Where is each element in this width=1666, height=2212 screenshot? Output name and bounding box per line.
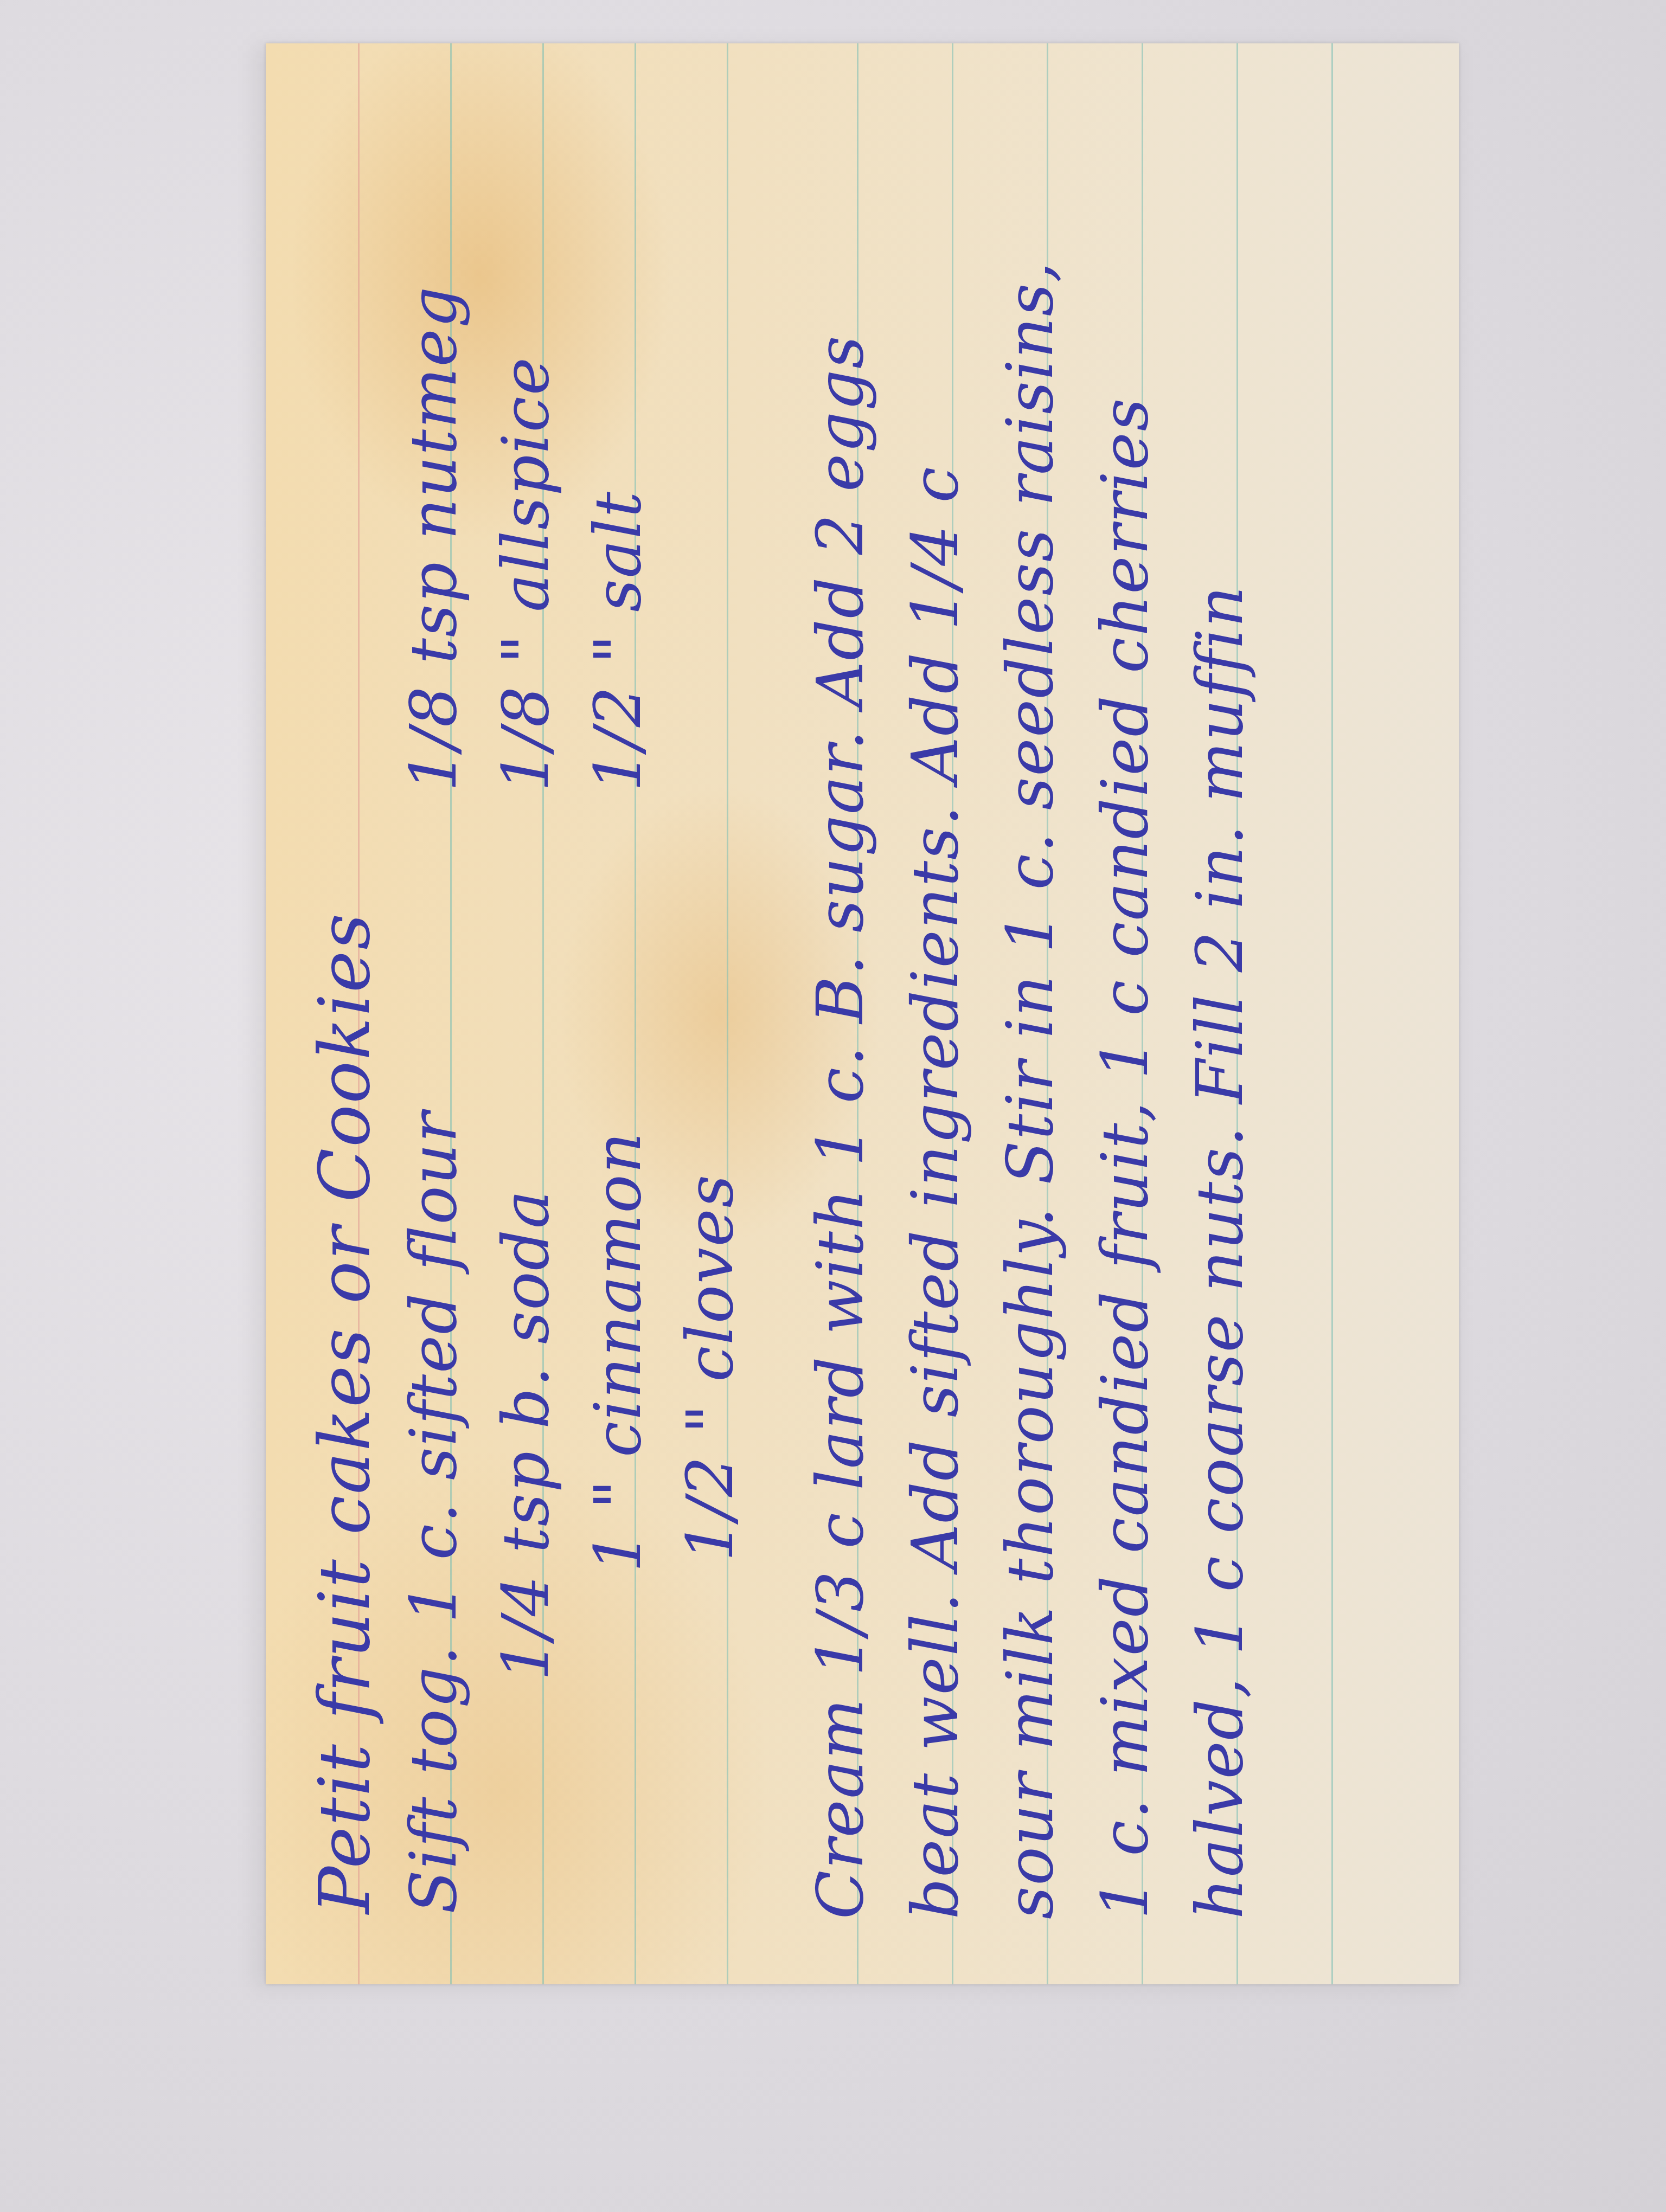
instruction-line: Cream 1/3 c lard with 1 c. B. sugar. Add… — [808, 335, 872, 1919]
card-rule-line — [635, 43, 636, 1984]
instruction-line: sour milk thoroughly. Stir in 1 c. seedl… — [998, 261, 1062, 1919]
ingredient-flour: Sift tog. 1 c. sifted flour — [401, 1111, 465, 1914]
ingredient-cloves: 1/2 " cloves — [678, 1174, 742, 1561]
ingredient-cinnamon: 1 " cinnamon — [586, 1131, 650, 1572]
ingredient-baking-soda: 1/4 tsp b. soda — [494, 1189, 558, 1681]
ingredient-allspice: 1/8 " allspice — [494, 356, 558, 792]
card-rule-line — [1331, 43, 1333, 1984]
ingredient-salt: 1/2 " salt — [586, 491, 650, 792]
instruction-line: 1 c. mixed candied fruit, 1 c candied ch… — [1093, 397, 1157, 1919]
instruction-line: beat well. Add sifted ingredients. Add 1… — [903, 466, 967, 1919]
card-rule-line — [542, 43, 544, 1984]
ingredient-nutmeg: 1/8 tsp nutmeg — [401, 286, 465, 792]
recipe-card: Petit fruit cakes or Cookies Sift tog. 1… — [266, 43, 1459, 1984]
card-rule-line — [727, 43, 728, 1984]
recipe-title: Petit fruit cakes or Cookies — [309, 912, 380, 1914]
recipe-card-photo: Petit fruit cakes or Cookies Sift tog. 1… — [266, 43, 1459, 1984]
instruction-line: halved, 1 c coarse nuts. Fill 2 in. muff… — [1188, 585, 1252, 1919]
